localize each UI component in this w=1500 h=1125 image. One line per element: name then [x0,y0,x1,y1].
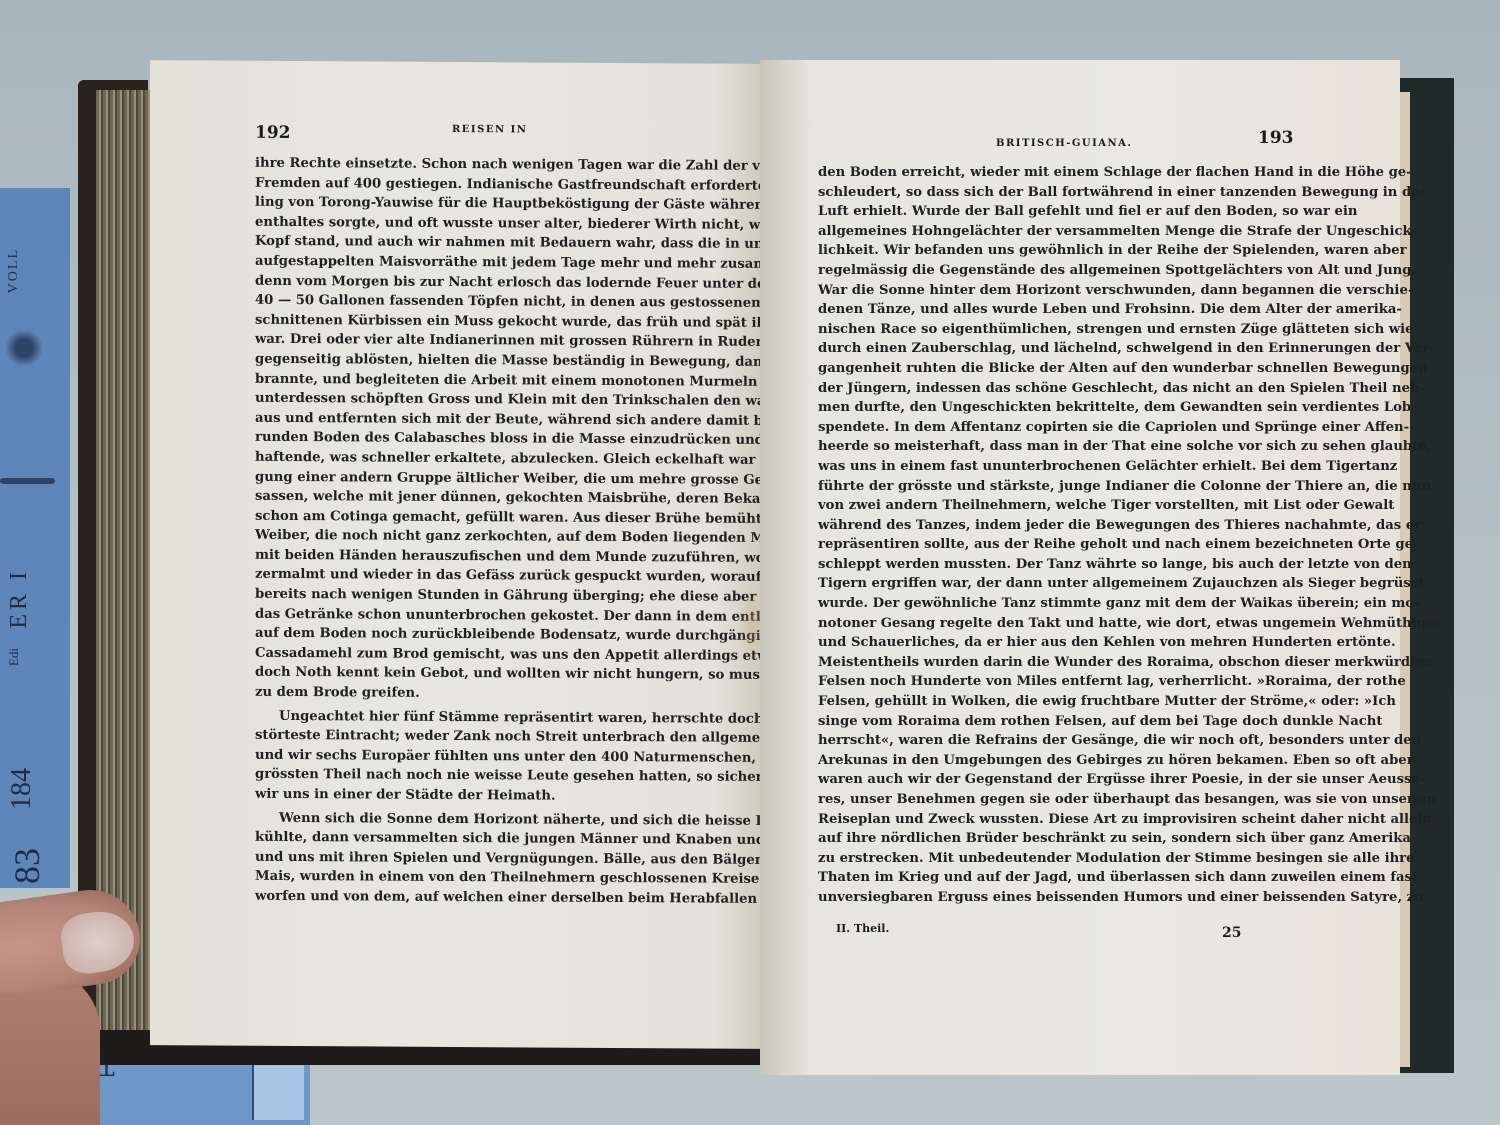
text-line: und uns mit ihren Spielen und Vergnügung… [255,848,705,870]
text-line: schleudert, so dass sich der Ball fortwä… [818,183,1314,203]
spine-text: VOLL [6,248,22,293]
background-blue-book-spine: VOLL ER I Edi 184 83 [0,188,70,888]
spine-text: Edi [6,648,22,666]
text-line: Luft erhielt. Wurde der Ball gefehlt und… [818,202,1314,222]
spine-text: ER I [6,568,33,629]
text-line: worfen und von dem, auf welchen einer de… [255,887,705,909]
text-line: Weiber, die noch nicht ganz zerkochten, … [255,526,705,548]
text-line: während des Tanzes, indem jeder die Bewe… [818,516,1314,536]
text-line: bereits nach wenigen Stunden in Gährung … [255,585,705,607]
text-line: Cassadamehl zum Brod gemischt, was uns d… [255,644,705,666]
text-line: enthaltes sorgte, und oft wusste unser a… [255,213,705,235]
text-line: Felsen, gehüllt in Wolken, die ewig fruc… [818,692,1314,712]
photo-scene: VOLL ER I Edi 184 83 THE 192 REISEN IN i… [0,0,1500,1125]
text-line: das Getränke schon ununterbrochen gekost… [255,604,705,626]
page-body-text: den Boden erreicht, wieder mit einem Sch… [818,163,1314,908]
text-line: waren auch wir der Gegenstand der Ergüss… [818,770,1314,790]
spine-text: 83 [6,848,48,884]
left-page: 192 REISEN IN ihre Rechte einsetzte. Sch… [150,60,762,1049]
text-line: gangenheit ruhten die Blicke der Alten a… [818,359,1314,379]
text-line: regelmässig die Gegenstände des allgemei… [818,261,1314,281]
text-line: und Schauerliches, da er hier aus den Ke… [818,633,1314,653]
text-line: führte der grösste und stärkste, junge I… [818,477,1314,497]
text-line: sassen, welche mit jener dünnen, gekocht… [255,487,705,509]
text-line: zermalmt und wieder in das Gefäss zurück… [255,565,705,587]
text-line: repräsentiren sollte, aus der Reihe geho… [818,535,1314,555]
text-line: zu dem Brode greifen. [255,683,705,705]
text-line: kühlte, dann versammelten sich die junge… [255,828,705,850]
text-line: Reiseplan und Zweck wussten. Diese Art z… [818,810,1314,830]
spine-rule-icon [0,478,55,484]
text-line: schnittenen Kürbissen ein Muss gekocht w… [255,311,705,333]
text-line: Meistentheils wurden darin die Wunder de… [818,653,1314,673]
text-line: ling von Torong-Yauwise für die Hauptbek… [255,193,705,215]
text-line: störteste Eintracht; weder Zank noch Str… [255,726,705,748]
text-line: lichkeit. Wir befanden uns gewöhnlich in… [818,241,1314,261]
text-line: Kopf stand, und auch wir nahmen mit Beda… [255,232,705,254]
text-line: war. Drei oder vier alte Indianerinnen m… [255,330,705,352]
text-line: wurde. Der gewöhnliche Tanz stimmte ganz… [818,594,1314,614]
text-line: men durfte, den Ungeschickten bekrittelt… [818,398,1314,418]
text-line: auf dem Boden noch zurückbleibende Boden… [255,624,705,646]
text-line: spendete. In dem Affentanz copirten sie … [818,418,1314,438]
page-number: 193 [1258,128,1294,148]
text-line: War die Sonne hinter dem Horizont versch… [818,281,1314,301]
text-line: 40 — 50 Gallonen fassenden Töpfen nicht,… [255,291,705,313]
page-body-text: ihre Rechte einsetzte. Schon nach wenige… [255,154,705,909]
text-line: der Jüngern, indessen das schöne Geschle… [818,379,1314,399]
text-line: unterdessen schöpften Gross und Klein mi… [255,389,705,411]
text-line: aus und entfernten sich mit der Beute, w… [255,408,705,430]
text-line: singe vom Roraima dem rothen Felsen, auf… [818,712,1314,732]
text-line: Mais, wurden in einem von den Theilnehme… [255,867,705,889]
text-line: mit beiden Händen herauszufischen und de… [255,546,705,568]
spine-ornament-icon [0,318,60,378]
running-head: REISEN IN [452,124,527,135]
text-line: res, unser Benehmen gegen sie oder überh… [818,790,1314,810]
text-line: notoner Gesang regelte den Takt und hatt… [818,614,1314,634]
running-head: BRITISCH-GUIANA. [996,138,1132,149]
text-line: durch einen Zauberschlag, und lächelnd, … [818,339,1314,359]
text-line: schon am Cotinga gemacht, gefüllt waren.… [255,506,705,528]
text-line: Fremden auf 400 gestiegen. Indianische G… [255,173,705,195]
text-line: Wenn sich die Sonne dem Horizont näherte… [255,808,705,830]
text-line: herrscht«, waren die Refrains der Gesäng… [818,731,1314,751]
text-line: Tigern ergriffen war, der dann unter all… [818,574,1314,594]
text-line: auf ihre nördlichen Brüder beschränkt zu… [818,829,1314,849]
text-line: Ungeachtet hier fünf Stämme repräsentirt… [255,706,705,728]
text-line: unversiegbaren Erguss eines beissenden H… [818,888,1314,908]
text-line: denen Tänze, und alles wurde Leben und F… [818,300,1314,320]
text-line: gegenseitig ablösten, hielten die Masse … [255,350,705,372]
text-line: grössten Theil nach noch nie weisse Leut… [255,765,705,787]
text-line: allgemeines Hohngelächter der versammelt… [818,222,1314,242]
volume-footer: II. Theil. [836,922,889,935]
text-line: was uns in einem fast ununterbrochenen G… [818,457,1314,477]
text-line: wir uns in einer der Städte der Heimath. [255,785,705,807]
text-line: und wir sechs Europäer fühlten uns unter… [255,746,705,768]
text-line: den Boden erreicht, wieder mit einem Sch… [818,163,1314,183]
text-line: Arekunas in den Umgebungen des Gebirges … [818,751,1314,771]
text-line: schleppt werden mussten. Der Tanz währte… [818,555,1314,575]
text-line: haftende, was schneller erkaltete, abzul… [255,448,705,470]
text-line: aufgestappelten Maisvorräthe mit jedem T… [255,252,705,274]
text-line: brannte, und begleiteten die Arbeit mit … [255,369,705,391]
text-line: Felsen noch Hunderte von Miles entfernt … [818,672,1314,692]
text-line: von zwei andern Theilnehmern, welche Tig… [818,496,1314,516]
text-line: doch Noth kennt kein Gebot, und wollten … [255,663,705,685]
page-number: 192 [255,123,291,143]
text-line: runden Boden des Calabasches bloss in di… [255,428,705,450]
signature-mark: 25 [1222,925,1241,941]
text-line: heerde so meisterhaft, dass man in der T… [818,437,1314,457]
spine-text: 184 [6,768,38,810]
text-line: denn vom Morgen bis zur Nacht erlosch da… [255,271,705,293]
text-line: nischen Race so eigenthümlichen, strenge… [818,320,1314,340]
right-page: BRITISCH-GUIANA. 193 den Boden erreicht,… [760,60,1400,1075]
text-line: ihre Rechte einsetzte. Schon nach wenige… [255,154,705,176]
text-line: gung einer andern Gruppe ältlicher Weibe… [255,467,705,489]
text-line: Thaten im Krieg und auf der Jagd, und üb… [818,868,1314,888]
text-line: zu erstrecken. Mit unbedeutender Modulat… [818,849,1314,869]
